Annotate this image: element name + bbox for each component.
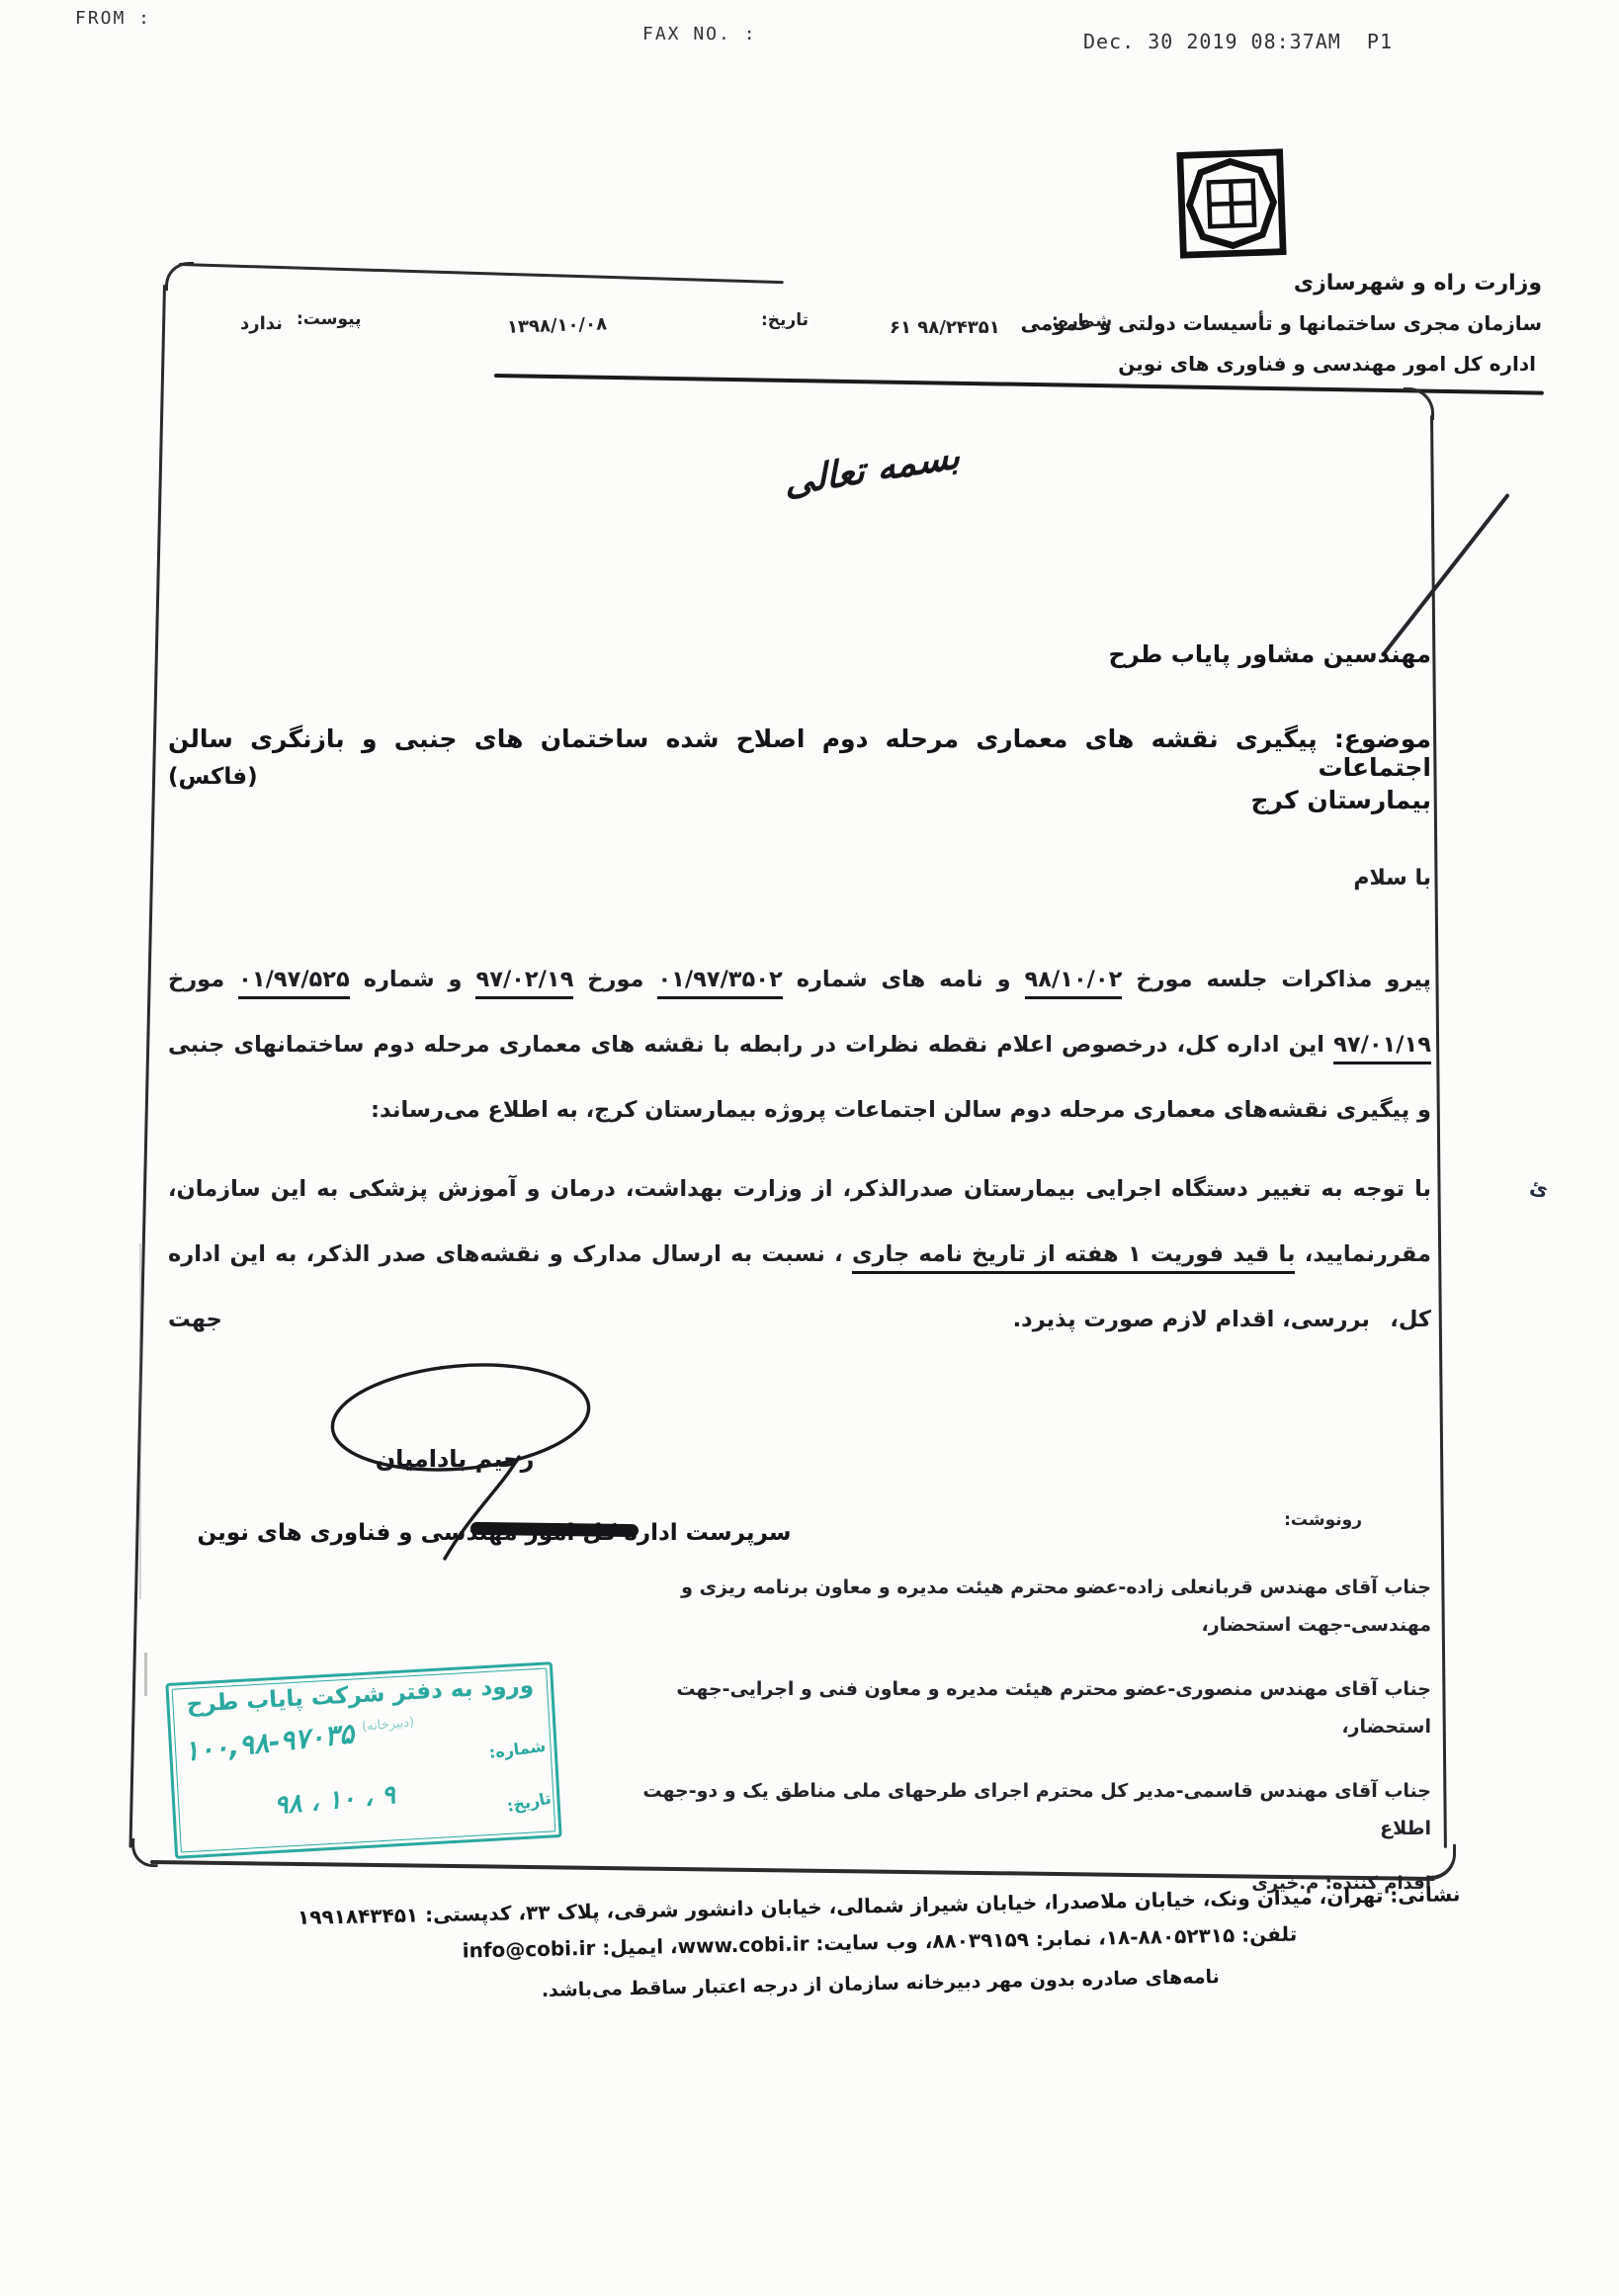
letter-number-label: شماره:	[1052, 311, 1112, 331]
body-text: مورخ	[573, 967, 657, 992]
letter-border-top	[179, 263, 784, 284]
cc-label-row: رونوشت:	[613, 1510, 1431, 1542]
letter-border-corner-tl	[165, 262, 194, 291]
letter-footer: نشانی: تهران، میدان ونک، خیابان ملاصدرا،…	[202, 1880, 1558, 2007]
body-text: با توجه به تغییر دستگاه اجرایی بیمارستان…	[168, 1176, 1431, 1202]
letter-border-corner-br	[1427, 1844, 1456, 1880]
body-text: این اداره کل، درخصوص اعلام نقطه نظرات در…	[168, 1032, 1333, 1058]
stamp-number-label: شماره:	[488, 1737, 547, 1762]
stamp-date-label: تاریخ:	[505, 1789, 553, 1816]
fax-from-label: FROM :	[75, 8, 151, 29]
subject-line: موضوع: پیگیری نقشه های معماری مرحله دوم …	[168, 724, 1431, 782]
underlined-reference: ۹۷/۰۱/۱۹	[1333, 1032, 1431, 1064]
body-line: مقررنمایید، با قید فوریت ۱ هفته از تاریخ…	[168, 1222, 1431, 1287]
scan-artifact	[139, 1243, 141, 1599]
body-line: ۹۷/۰۱/۱۹ این اداره کل، درخصوص اعلام نقطه…	[168, 1012, 1431, 1077]
subject-line-2: بیمارستان کرج	[1251, 786, 1431, 814]
attachment-value: ندارد	[240, 313, 283, 334]
subject-secondary-row: بیمارستان کرج (فاکس)	[168, 786, 1431, 814]
ministry-name: وزارت راه و شهرسازی	[1294, 271, 1542, 296]
letterhead-rule	[494, 374, 1544, 395]
body-text: مقررنمایید،	[1295, 1241, 1431, 1267]
signatory-name: رحیم بادامیان	[321, 1445, 588, 1473]
attachment-label: پیوست:	[297, 309, 362, 329]
letter-border-right	[1430, 415, 1447, 1848]
department-name: اداره کل امور مهندسی و فناوری های نوین	[1118, 352, 1536, 376]
body-text: و شماره	[350, 967, 476, 992]
body-line: با توجه به تغییر دستگاه اجرایی بیمارستان…	[168, 1156, 1431, 1222]
stamp-secretariat-note: (دبیرخانه)	[361, 1715, 414, 1735]
underlined-reference: ۹۸/۱۰/۰۲	[1025, 967, 1123, 999]
body-paragraph-1: پیرو مذاکرات جلسه مورخ ۹۸/۱۰/۰۲ و نامه ه…	[168, 947, 1431, 1143]
cc-item: جناب آقای مهندس قاسمی-مدیر کل محترم اجرا…	[613, 1772, 1431, 1847]
scanned-fax-letter-page: FROM : FAX NO. : Dec. 30 2019 08:37AM P1…	[0, 0, 1619, 2296]
underlined-reference: ۰۱/۹۷/۳۵۰۲	[657, 967, 782, 999]
letter-date-label: تاریخ:	[761, 310, 809, 330]
bismillah-calligraphy: بسمه تعالی	[784, 433, 961, 504]
cc-block: رونوشت: جناب آقای مهندس قربانعلی زاده-عض…	[613, 1510, 1431, 1894]
body-text: و نامه های شماره	[783, 967, 1025, 992]
fax-timestamp: Dec. 30 2019 08:37AM P1	[1083, 30, 1393, 53]
addressee: مهندسین مشاور پایاب طرح	[593, 640, 1431, 668]
fax-number-label: FAX NO. :	[642, 24, 757, 44]
letter-date-value: ۱۳۹۸/۱۰/۰۸	[507, 313, 608, 338]
body-paragraph-2: با توجه به تغییر دستگاه اجرایی بیمارستان…	[168, 1156, 1431, 1352]
body-line: و پیگیری نقشه‌های معماری مرحله دوم سالن …	[168, 1077, 1431, 1143]
stamp-number-value: ۱۰۰,۹۸-۹۷۰۳۵	[183, 1717, 356, 1767]
ministry-emblem-icon	[1174, 146, 1289, 261]
salutation: با سلام	[1137, 866, 1431, 891]
letter-border-left	[128, 285, 166, 1848]
body-text: مورخ	[168, 967, 238, 992]
body-text: پیرو مذاکرات جلسه مورخ	[1122, 967, 1431, 992]
body-text: و پیگیری نقشه‌های معماری مرحله دوم سالن …	[371, 1097, 1431, 1123]
letter-number-value: ۹۸/۲۴۳۵۱ ۶۱	[890, 317, 1000, 338]
footer-validity-note: نامه‌های صادره بدون مهر دبیرخانه سازمان …	[204, 1959, 1558, 2007]
body-text: بررسی، اقدام لازم صورت پذیرد.	[1013, 1307, 1370, 1332]
cc-label: رونوشت:	[1215, 1510, 1362, 1530]
ink-mark: ئ	[1528, 1174, 1551, 1201]
stamp-date-value: ۹۸ ، ۱۰ ، ۹	[273, 1780, 396, 1821]
stamp-title: ورود به دفتر شرکت پایاب طرح	[169, 1671, 552, 1719]
underlined-reference: ۹۷/۰۲/۱۹	[475, 967, 573, 999]
cc-list: جناب آقای مهندس قربانعلی زاده-عضو محترم …	[613, 1569, 1431, 1847]
underlined-reference: ۰۱/۹۷/۵۲۵	[238, 967, 350, 999]
body-line: پیرو مذاکرات جلسه مورخ ۹۸/۱۰/۰۲ و نامه ه…	[168, 947, 1431, 1012]
cc-item: جناب آقای مهندس قربانعلی زاده-عضو محترم …	[613, 1569, 1431, 1644]
entry-stamp: ورود به دفتر شرکت پایاب طرح (دبیرخانه) ش…	[165, 1661, 561, 1859]
pen-slash-mark	[1381, 493, 1510, 657]
scan-artifact	[144, 1653, 147, 1696]
cc-item: جناب آقای مهندس منصوری-عضو محترم هیئت مد…	[613, 1670, 1431, 1745]
underlined-reference: با قید فوریت ۱ هفته از تاریخ نامه جاری	[852, 1241, 1296, 1274]
fax-note: (فاکس)	[168, 764, 258, 790]
